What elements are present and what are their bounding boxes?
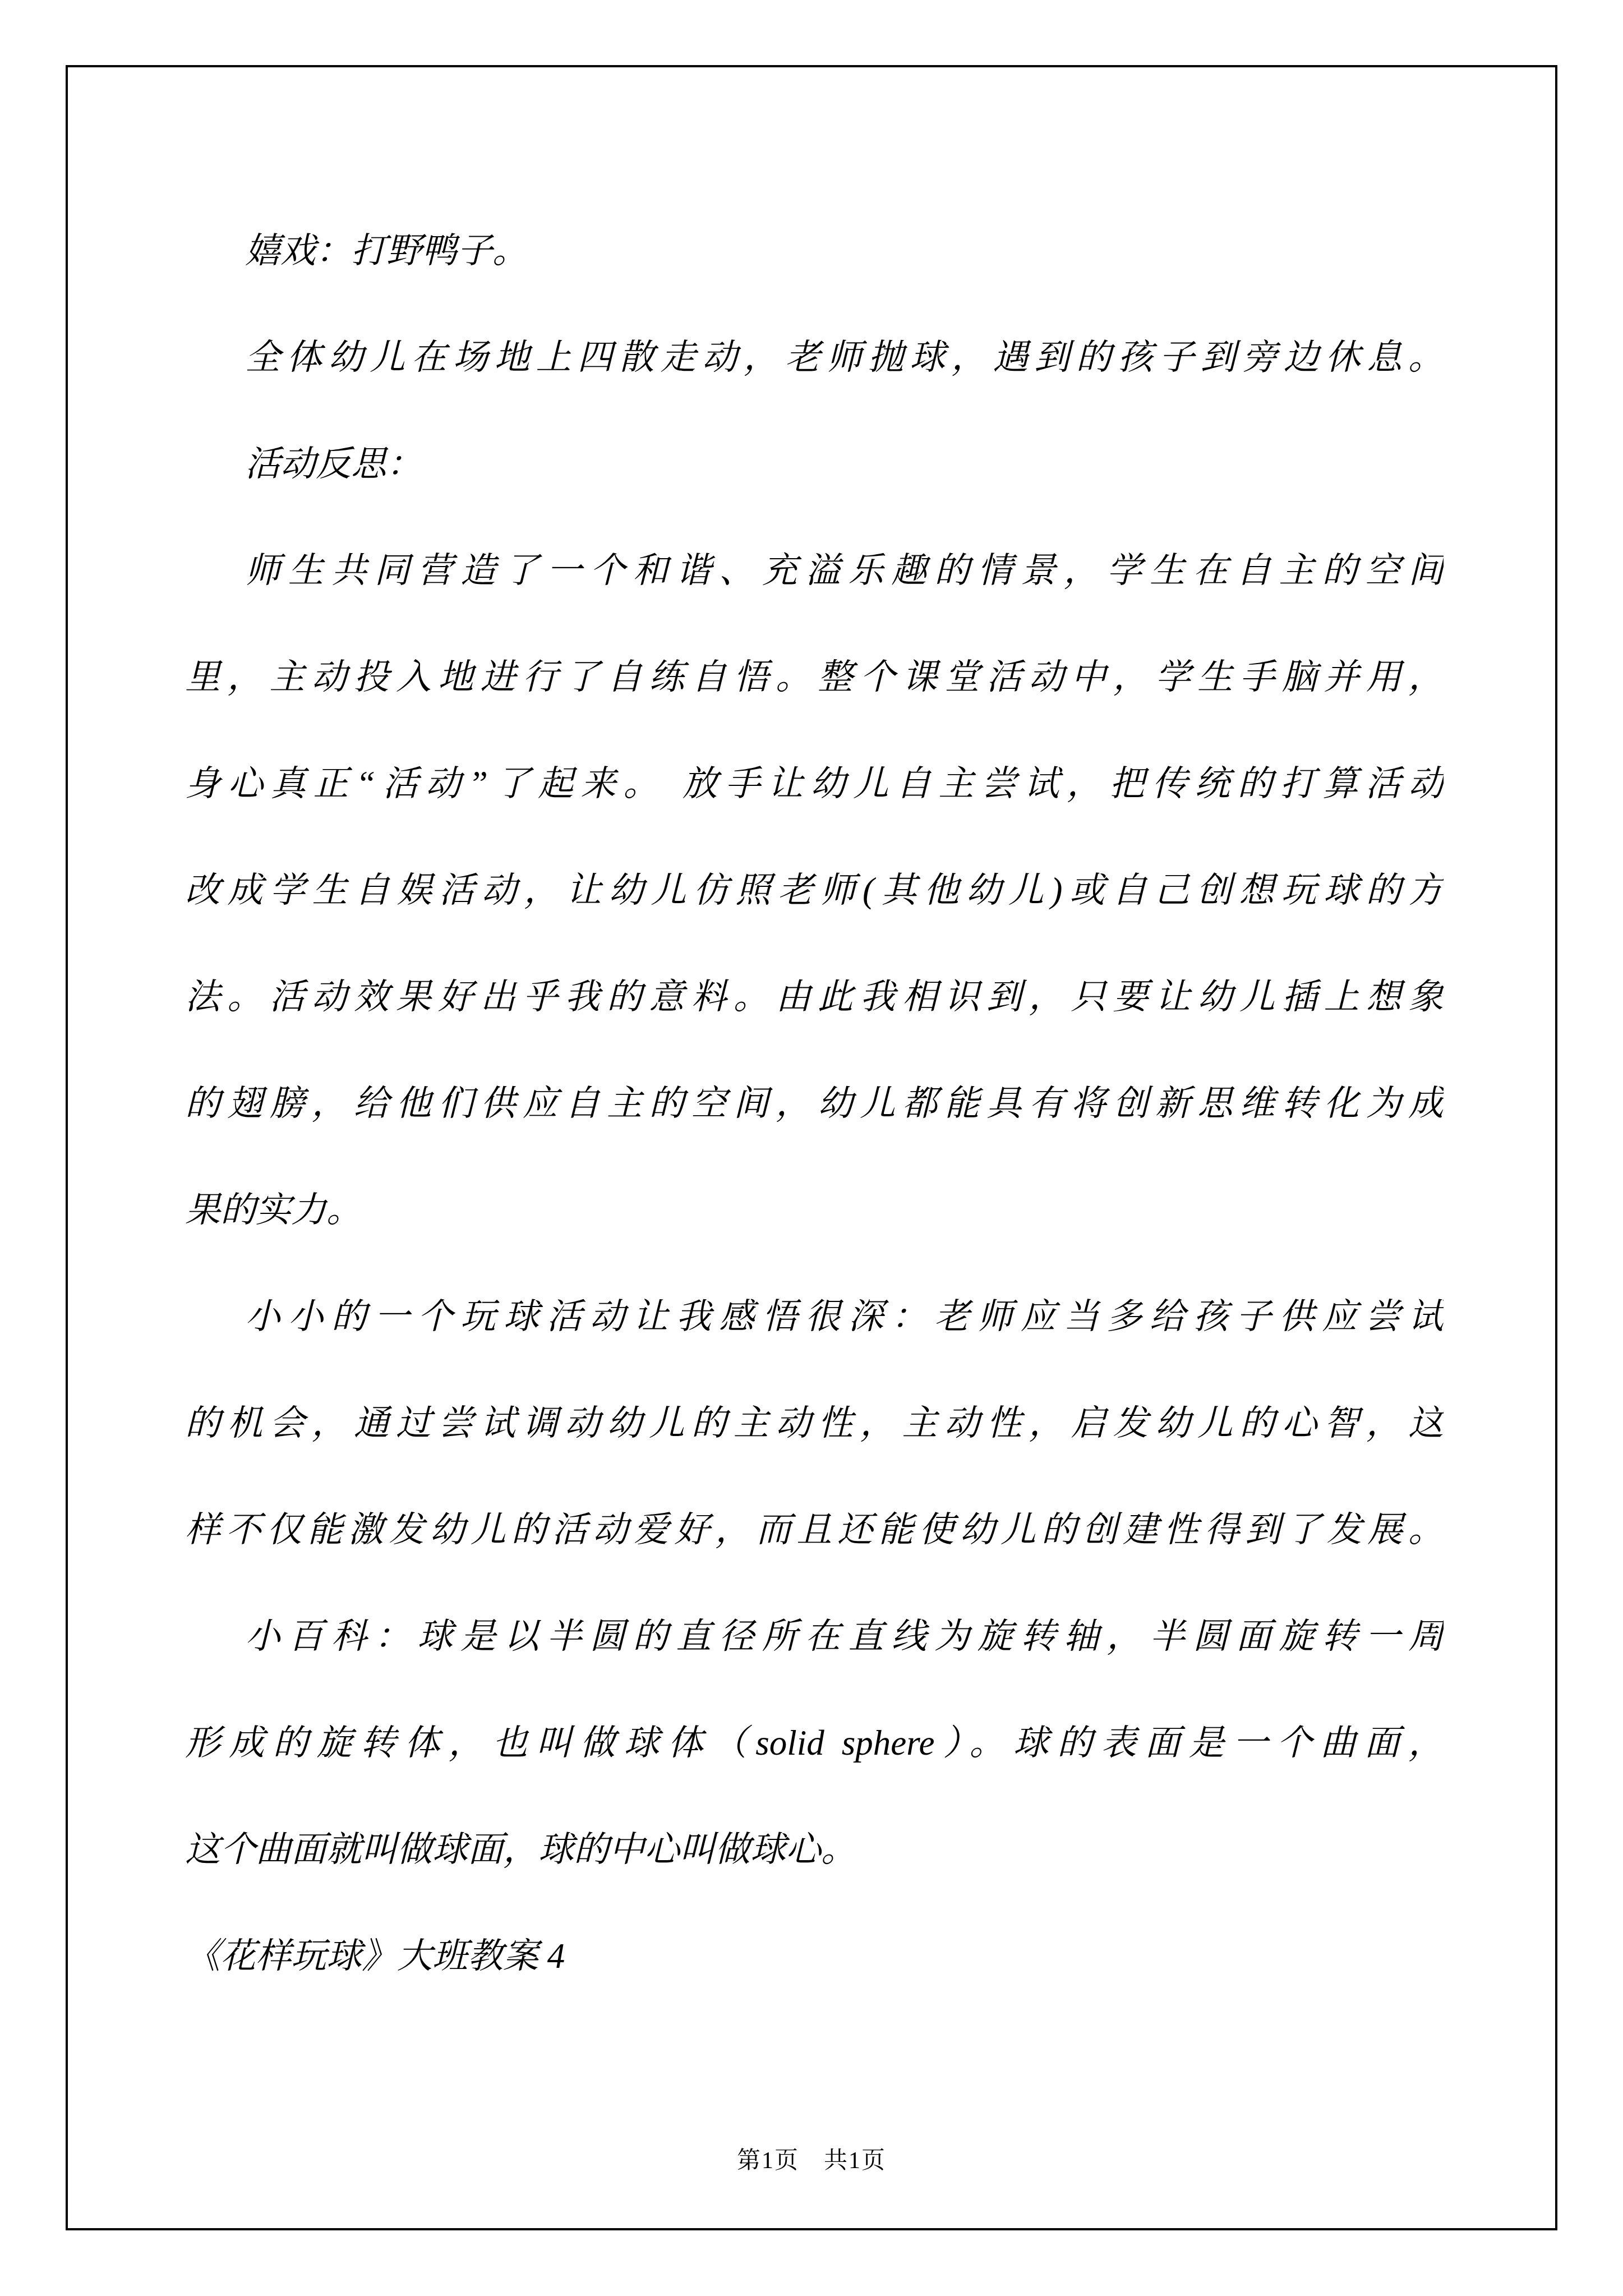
text-line: 小小的一个玩球活动让我感悟很深：老师应当多给孩子供应尝试 [185, 1263, 1444, 1370]
text-line: 法。活动效果好出乎我的意料。由此我相识到，只要让幼儿插上想象 [185, 944, 1444, 1050]
text-line: 样不仅能激发幼儿的活动爱好，而且还能使幼儿的创建性得到了发展。 [185, 1476, 1444, 1583]
text-line: 形成的旋转体，也叫做球体（solid sphere）。球的表面是一个曲面， [185, 1690, 1444, 1796]
text-line: 里，主动投入地进行了自练自悟。整个课堂活动中，学生手脑并用， [185, 624, 1444, 730]
text-line: 身心真正“活动”了起来。 放手让幼儿自主尝试，把传统的打算活动 [185, 730, 1444, 837]
document-body: 嬉戏：打野鸭子。 全体幼儿在场地上四散走动，老师抛球，遇到的孩子到旁边休息。 活… [185, 197, 1444, 2009]
document-page: { "colors": { "background": "#ffffff", "… [0, 0, 1623, 2296]
text-line: 果的实力。 [185, 1157, 1444, 1263]
section-title-line: 《花样玩球》大班教案 4 [185, 1903, 1444, 2009]
text-line: 活动反思： [185, 411, 1444, 517]
text-line: 改成学生自娱活动，让幼儿仿照老师(其他幼儿)或自己创想玩球的方 [185, 837, 1444, 944]
text-line: 嬉戏：打野鸭子。 [185, 197, 1444, 304]
text-line: 全体幼儿在场地上四散走动，老师抛球，遇到的孩子到旁边休息。 [185, 304, 1444, 411]
text-line: 的翅膀，给他们供应自主的空间，幼儿都能具有将创新思维转化为成 [185, 1050, 1444, 1157]
page-number-footer: 第1页 共1页 [0, 2142, 1623, 2175]
text-line: 的机会，通过尝试调动幼儿的主动性，主动性，启发幼儿的心智，这 [185, 1370, 1444, 1476]
text-line: 这个曲面就叫做球面，球的中心叫做球心。 [185, 1796, 1444, 1903]
text-line: 师生共同营造了一个和谐、充溢乐趣的情景，学生在自主的空间 [185, 517, 1444, 624]
text-line: 小百科：球是以半圆的直径所在直线为旋转轴，半圆面旋转一周 [185, 1583, 1444, 1690]
